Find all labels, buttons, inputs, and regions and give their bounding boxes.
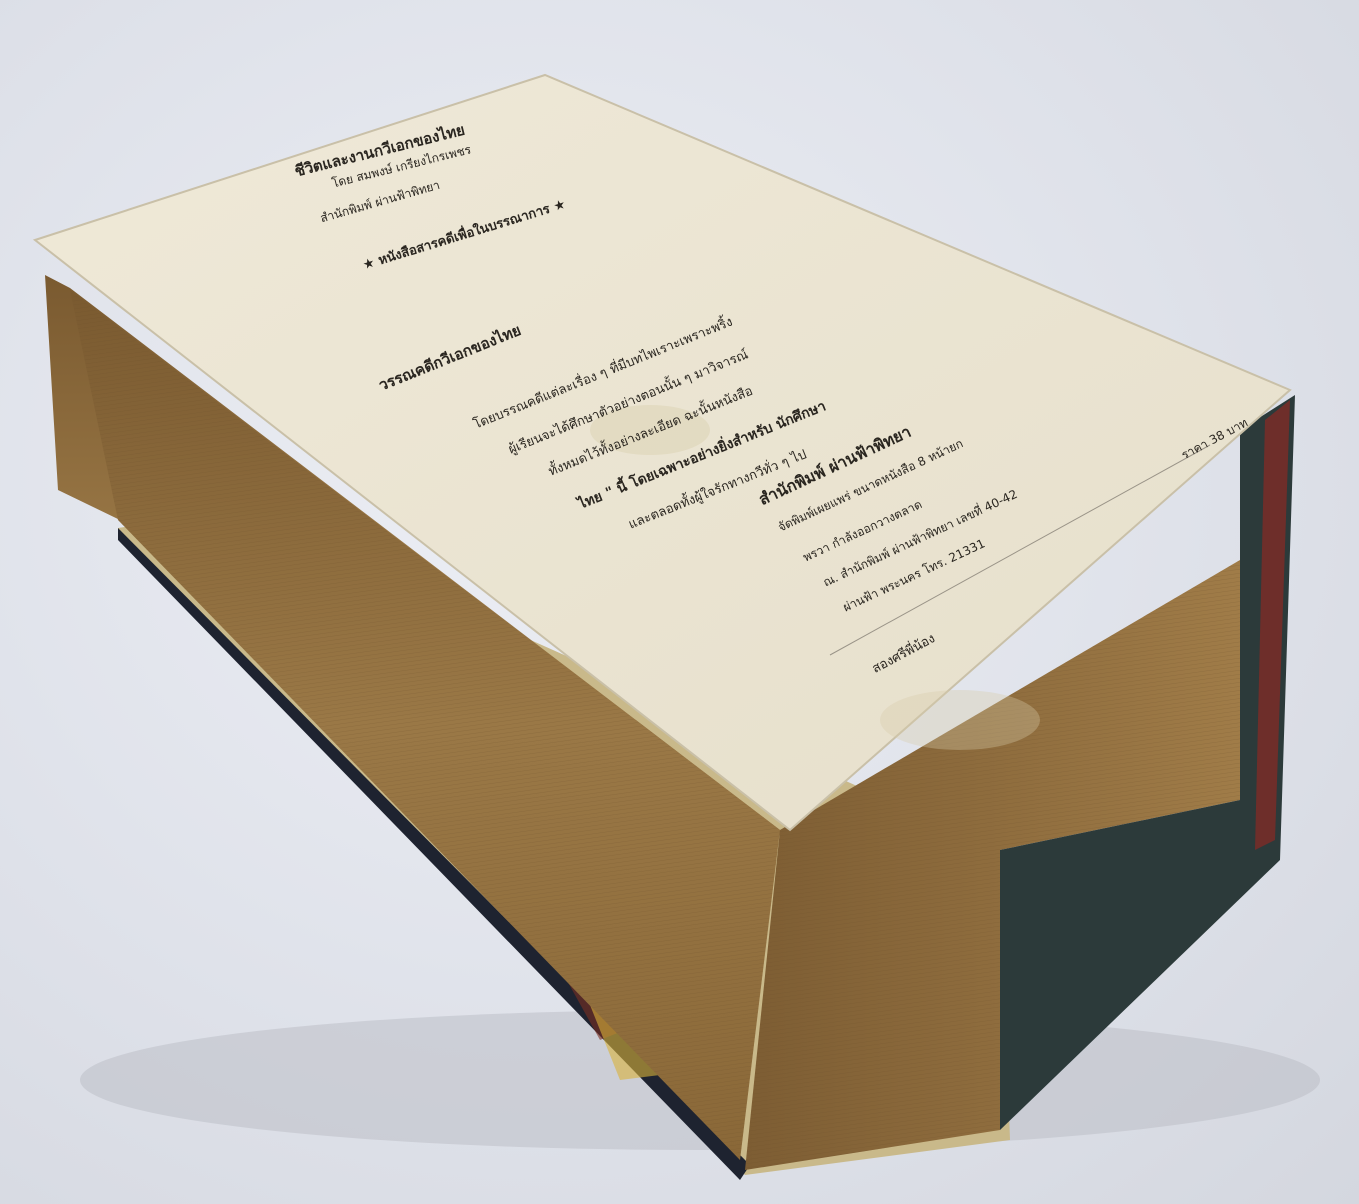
book-illustration bbox=[0, 0, 1359, 1204]
photo-scene: ชีวิตและงานกวีเอกของไทย โดย สมพงษ์ เกรีย… bbox=[0, 0, 1359, 1204]
